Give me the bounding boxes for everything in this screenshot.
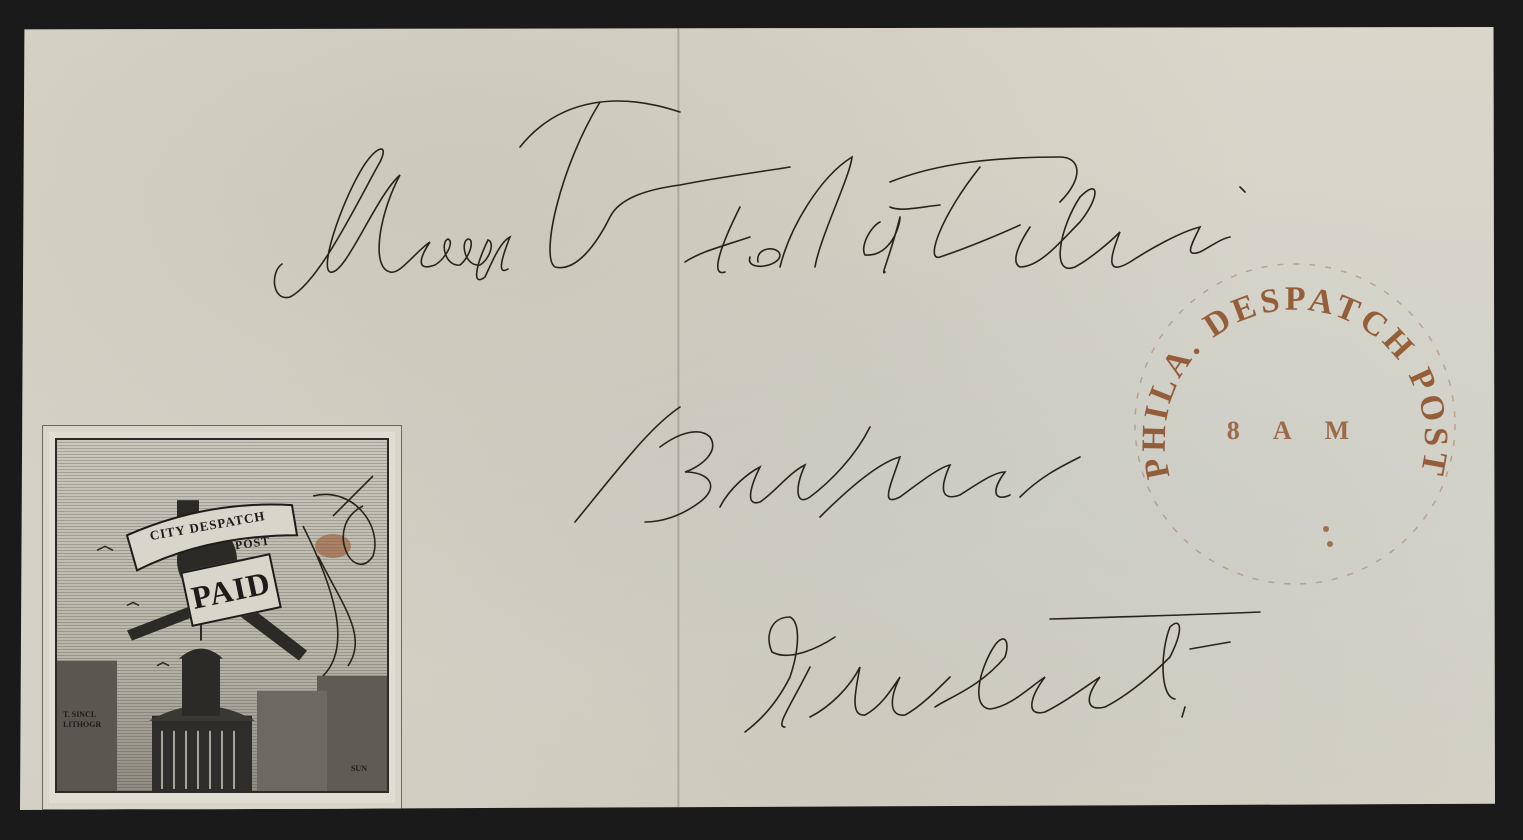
svg-text:PHILA. DESPATCH POST: PHILA. DESPATCH POST (1136, 281, 1454, 482)
postage-stamp: CITY DESPATCH POST PAID T. SINCL LITHOGR… (42, 425, 402, 810)
postmark-time: 8 A M (1227, 416, 1363, 445)
stamp-sign-left: T. SINCL LITHOGR (63, 710, 101, 730)
pen-cancel (293, 466, 403, 686)
stamp-sign-right: SUN (351, 764, 367, 773)
postal-cover: CITY DESPATCH POST PAID T. SINCL LITHOGR… (20, 27, 1495, 810)
circular-postmark: PHILA. DESPATCH POST 8 A M (1130, 259, 1460, 589)
postmark-text: PHILA. DESPATCH POST (1136, 281, 1454, 482)
